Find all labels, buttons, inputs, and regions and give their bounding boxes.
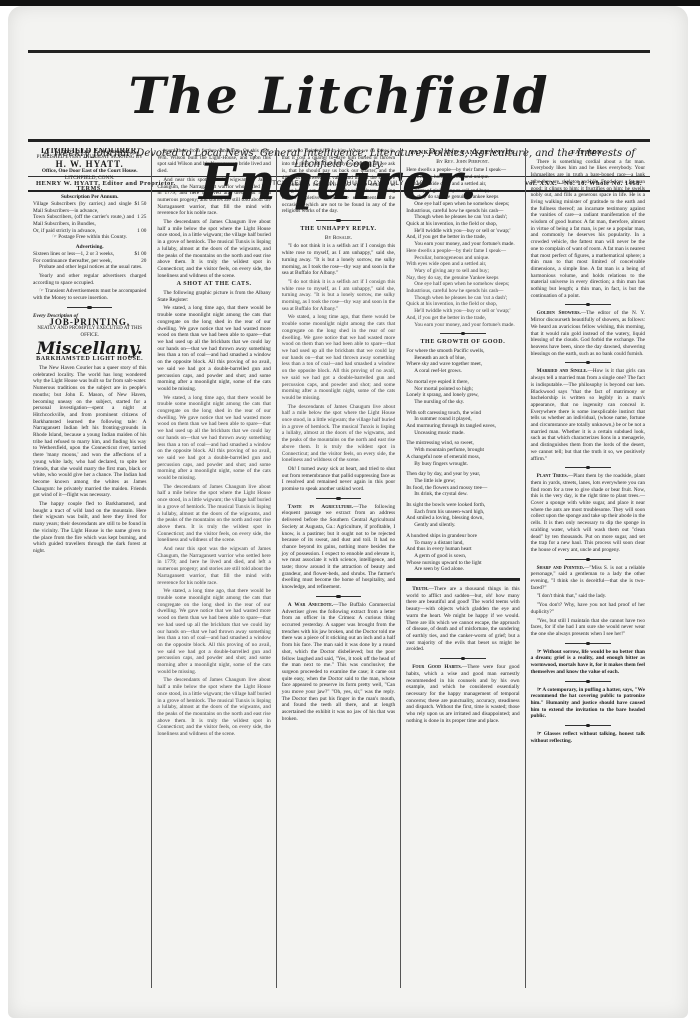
subscription-heading: Subscription Per Annum. <box>33 194 146 201</box>
poem-line: The little isle grew; <box>406 478 519 485</box>
column-1: LITCHFIELD ENQUIRER, PUBLISHED EVERY THU… <box>28 148 152 988</box>
poem-stanza: Then day by day, and year by year,The li… <box>406 471 519 498</box>
poem-line: A coral reef-let grows. <box>406 368 519 375</box>
job-note: NEATLY AND PROMPTLY EXECUTED AT THIS OFF… <box>33 326 146 339</box>
article-byline: By Rosalie. <box>282 235 395 242</box>
poem-line: Industrious, careful how he spends his c… <box>406 288 519 295</box>
column-3: or who claimed life in him. What we do k… <box>277 148 401 988</box>
poem-yankees-continued: Here dwells a people—by their fame I spe… <box>406 248 519 328</box>
poem-line: A hundred ships in grandeur bore <box>406 533 519 540</box>
paper-name: LITCHFIELD ENQUIRER, <box>33 148 146 155</box>
article-paragraph: guard them from further vandalism. On th… <box>157 148 270 175</box>
married-text: —How is it that girls can always tell a … <box>531 368 645 461</box>
article-heading-cats: A SHOT AT THE CATS. <box>157 281 270 288</box>
rate-row: Village Subscribers (by carrier,) and si… <box>33 201 146 214</box>
poem-line: Are seen by God alone. <box>406 566 519 573</box>
article-paragraph: The following graphic picture is from th… <box>157 290 270 303</box>
truth-text: —There are a thousand things in this wor… <box>406 586 519 652</box>
divider <box>565 304 611 305</box>
note-paragraph: ☞ A cotemporary, in puffing a hatter, sa… <box>531 687 645 721</box>
article-paragraph: The descendants of James Chaugum live ab… <box>157 677 270 737</box>
divider <box>565 643 611 644</box>
article-paragraph: We stated, a long time ago, that there w… <box>157 395 270 482</box>
poem-line: Quick at his invention, in the field or … <box>406 221 519 228</box>
transient-note: ☞ Transient Advertisements must be accom… <box>33 288 146 301</box>
article-paragraph: And near this spot was the wigwam of Jam… <box>157 546 270 586</box>
married-heading: Married and Single. <box>537 368 588 374</box>
poem-line: Gently and silently. <box>406 522 519 529</box>
poem-line: Quick at his invention, in the field or … <box>406 301 519 308</box>
divider <box>316 220 361 221</box>
terms-list: Village Subscribers (by carrier,) and si… <box>33 201 146 235</box>
poem-line: Wary of giving any to sell and buy; <box>406 188 519 195</box>
poem-line: Nor mortal pointed so high; <box>406 386 519 393</box>
habits-text: —There were four good habits, which a wi… <box>406 664 519 724</box>
poem-byline: By Rev. John Pierpont. <box>406 159 519 166</box>
divider <box>565 681 611 682</box>
rate-label: For continuance thereafter, per week, <box>33 258 112 265</box>
miscellany-heading: Miscellany. <box>33 346 146 353</box>
poem-stanza: Its sight the bowls were looked forth,Ea… <box>406 502 519 529</box>
article-paragraph: Oh! I turned away sick at heart, and tri… <box>282 466 395 493</box>
poem-line: With mountain perfume, brought <box>406 447 519 454</box>
article-heading-unhappy-reply: THE UNHAPPY REPLY. <box>282 226 395 233</box>
article-paragraph: The happy couple fled to Barkhamsted, an… <box>33 501 146 555</box>
rate-label: Or, if paid strictly in advance, <box>33 228 96 235</box>
sharp-paragraph: "I don't think that," said the lady. <box>531 593 645 600</box>
war-text: —The Buffalo Commercial Advertiser gives… <box>282 602 395 722</box>
poem-line: By busy fingers wrought. <box>406 461 519 468</box>
rate-price: $1 00 <box>131 251 146 258</box>
poem-line: Unceasing music made. <box>406 430 519 437</box>
poem-line: Peculiar, homogeneous and unique. <box>406 174 519 181</box>
divider <box>440 333 485 334</box>
poem-line: You earn your money, and your fortune's … <box>406 241 519 248</box>
showers-heading: Golden Showers. <box>537 310 581 316</box>
poem-stanza: A hundred ships in grandeur boreTo many … <box>406 533 519 573</box>
article-heading-fat-men: FAT MEN. <box>531 150 645 157</box>
note-paragraph: ☞ Without sorrow, life would be no bette… <box>531 649 645 676</box>
terms-heading: TERMS. <box>33 186 146 193</box>
sharp-paragraph: "Yes, but still I maintain that she cann… <box>531 618 645 638</box>
sharp-heading: Sharp and Pointed. <box>537 565 584 571</box>
poem-line: Lonely it sprang, and lonely grew, <box>406 392 519 399</box>
poem-line: Nay, they do say, the genuine Yankee kee… <box>406 194 519 201</box>
poem-line: And murmuring through its tangled eaves, <box>406 423 519 430</box>
truth-heading: Truth. <box>412 586 428 592</box>
article-paragraph: We stated, a long time ago, that there w… <box>282 314 395 401</box>
article-paragraph: We stated, a long time ago, that there w… <box>157 588 270 675</box>
poem-line: The nursling of the sky. <box>406 399 519 406</box>
poem-line: A germ of good is sown, <box>406 553 519 560</box>
poem-line: With soft caressing touch, the wind <box>406 410 519 417</box>
poem-line: To many a distant land, <box>406 540 519 547</box>
office-line: Office, One Door East of the Court House… <box>33 168 146 175</box>
poem-line: Here dwells a people—by their fame I spe… <box>406 248 519 255</box>
rate-label: Town Subscribers, (off the carrier's rou… <box>33 214 134 227</box>
sharp-paragraph: "You don't? Why, have you not had proof … <box>531 602 645 615</box>
rate-row: Or, if paid strictly in advance,1 00 <box>33 228 146 235</box>
poem-line: Peculiar, homogeneous and unique. <box>406 255 519 262</box>
poem-line: And smiled a loving, blessing down, <box>406 515 519 522</box>
column-5: FAT MEN. There is something cordial abou… <box>526 148 650 988</box>
advertising-list: Sixteen lines or less—1, 2 or 3 weeks,$1… <box>33 251 146 264</box>
poem-line: Its drink, the crystal dew. <box>406 491 519 498</box>
rate-label: Sixteen lines or less—1, 2 or 3 weeks, <box>33 251 114 258</box>
divider <box>565 559 611 560</box>
poem-line: No mortal eye espied it there, <box>406 379 519 386</box>
article-paragraph: "I do not think it is a selfish act if I… <box>282 243 395 277</box>
probate-note: Probate and other legal notices at the u… <box>33 264 146 271</box>
poem-line: For where the smooth Pacific swells, <box>406 348 519 355</box>
poem-line: With eyes wide open and a settled air, <box>406 261 519 268</box>
poem-line: You earn your money, and your fortune's … <box>406 322 519 329</box>
poem-line: And, if you get the better in the trade, <box>406 315 519 322</box>
poem-line: Here dwells a people—by their fame I spe… <box>406 167 519 174</box>
publisher-name: H. W. HYATT. <box>33 161 146 168</box>
article-paragraph: The descendants of James Chaugum live ab… <box>157 484 270 544</box>
article-paragraph: The descendants of James Chaugum live ab… <box>157 219 270 279</box>
article-paragraph: And near this spot was the wigwam of Jam… <box>157 177 270 217</box>
poem-line: With eyes wide open and a settled air, <box>406 181 519 188</box>
poem-stanza: With soft caressing touch, the windIn su… <box>406 410 519 437</box>
newspaper-title: The Litchfield Enquirer. <box>28 53 650 139</box>
poem-line: In summer round it played, <box>406 416 519 423</box>
trees-text: —Plant them by the roadside, plant them … <box>531 473 645 553</box>
rate-price: 1 00 <box>134 228 146 235</box>
war-heading: A War Anecdote. <box>288 602 333 608</box>
taste-heading: Taste in Agriculture. <box>288 504 354 510</box>
rate-row: For continuance thereafter, per week,20 <box>33 258 146 265</box>
postage-note: ☞ Postage Free within this County. <box>33 234 146 241</box>
poem-line: A changeful note of emerald moss, <box>406 454 519 461</box>
poem-line: And thus in every human heart <box>406 546 519 553</box>
poem-growth-of-good: For where the smooth Pacific swells,Bene… <box>406 348 519 573</box>
poem-stanza: No mortal eye espied it there,Nor mortal… <box>406 379 519 406</box>
divider <box>565 467 611 468</box>
poem-line: Industrious, careful how he spends his c… <box>406 208 519 215</box>
divider <box>67 307 112 308</box>
poem-line: Its food, the flowers and mossy tree— <box>406 485 519 492</box>
rate-label: Village Subscribers (by carrier,) and si… <box>33 201 131 214</box>
poem-line: Wary of giving any to sell and buy; <box>406 268 519 275</box>
column-4: YANKEES AND YANKEE WIVES. By Rev. John P… <box>401 148 525 988</box>
showers-text: —The editor of the N. Y. Mirror discours… <box>531 310 645 356</box>
poem-line: One eye half open when he somehow sleeps… <box>406 201 519 208</box>
rate-price: 1 25 <box>134 214 146 227</box>
divider <box>565 362 611 363</box>
article-heading-lighthouse: BARKHAMSTED LIGHT HOUSE. <box>33 356 146 363</box>
rate-row: Sixteen lines or less—1, 2 or 3 weeks,$1… <box>33 251 146 258</box>
divider <box>565 725 611 726</box>
poem-line: He'll twiddle with you—buy or sell or 's… <box>406 308 519 315</box>
location-line: LITCHFIELD, CONN. <box>33 175 146 182</box>
poem-line: Each from his unseen-ward high, <box>406 509 519 516</box>
poem-yankees: Here dwells a people—by their fame I spe… <box>406 167 519 247</box>
divider <box>316 596 361 597</box>
columns: LITCHFIELD ENQUIRER, PUBLISHED EVERY THU… <box>28 148 650 988</box>
habits-heading: Four Good Habits. <box>412 664 462 670</box>
article-paragraph: The New Haven Courier has a queer story … <box>33 365 146 499</box>
trees-heading: Plant Trees. <box>537 473 568 479</box>
job-printing: JOB-PRINTING, <box>33 319 146 326</box>
article-paragraph: or who claimed life in him. What we do k… <box>282 148 395 215</box>
poem-line: Then day by day, and year by year, <box>406 471 519 478</box>
note-paragraph: ☞ Glasses reflect without talking, hones… <box>531 731 645 744</box>
yearly-note: Yearly and other regular advertisers cha… <box>33 273 146 286</box>
rate-price: 20 <box>138 258 146 265</box>
rate-price: $1 50 <box>131 201 146 214</box>
article-paragraph: The descendants of James Chaugum live ab… <box>282 404 395 464</box>
poem-stanza: For where the smooth Pacific swells,Bene… <box>406 348 519 375</box>
article-paragraph: "I do not think it is a selfish act if I… <box>282 279 395 313</box>
advertising-heading: Advertising. <box>33 244 146 251</box>
poem-line: Whose nursings upward to the light <box>406 560 519 567</box>
column-2: guard them from further vandalism. On th… <box>152 148 276 988</box>
article-paragraph: There is something cordial about a fat m… <box>531 159 645 300</box>
taste-text: —The following eloquent passage we extra… <box>282 504 395 590</box>
poem-stanza: The mistressing wind, so sweet,With moun… <box>406 440 519 467</box>
poem-line: Its sight the bowls were looked forth, <box>406 502 519 509</box>
poem-heading-growth: THE GROWTH OF GOOD. <box>406 339 519 346</box>
rate-row: Town Subscribers, (off the carrier's rou… <box>33 214 146 227</box>
article-paragraph: We stated, a long time ago, that there w… <box>157 305 270 392</box>
divider <box>316 498 361 499</box>
section-rule <box>406 578 519 581</box>
divider <box>440 658 485 659</box>
poem-line: Beneath an arch of blue, <box>406 355 519 362</box>
poem-heading-yankees: YANKEES AND YANKEE WIVES. <box>406 150 519 157</box>
